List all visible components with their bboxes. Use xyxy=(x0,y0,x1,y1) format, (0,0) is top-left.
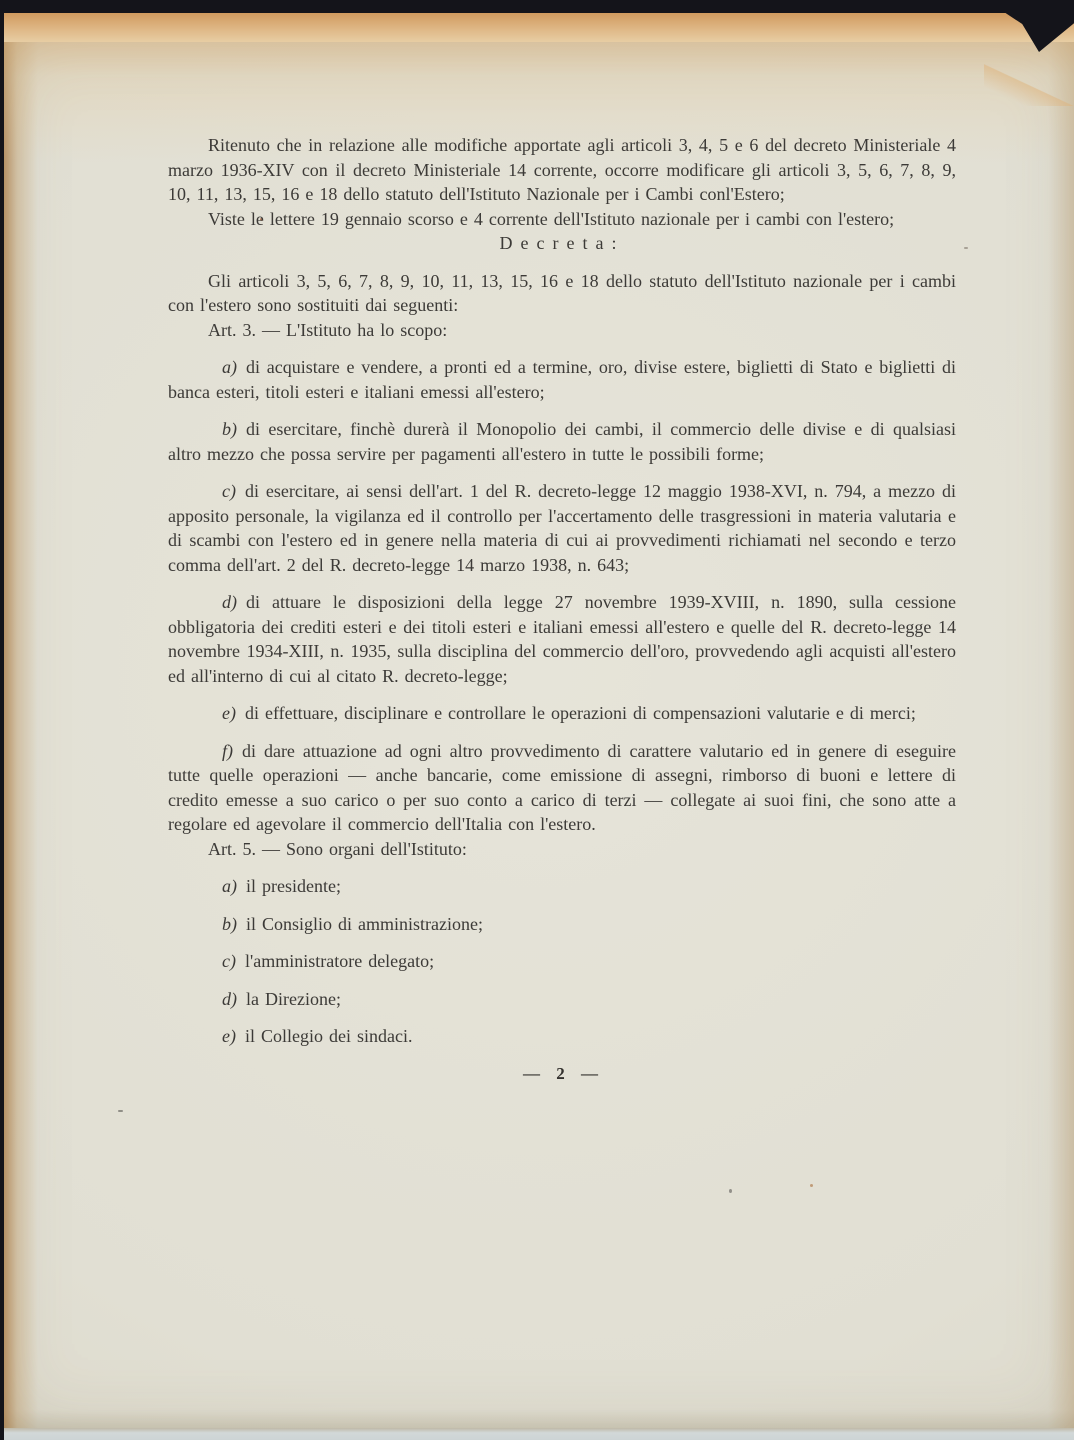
item-text: la Direzione; xyxy=(246,989,341,1009)
item-label: c) xyxy=(222,481,236,501)
page-content: Ritenuto che in relazione alle modifiche… xyxy=(168,133,956,1099)
scanned-document: Ritenuto che in relazione alle modifiche… xyxy=(0,0,1074,1440)
article-3-item-f: f)di dare attuazione ad ogni altro provv… xyxy=(168,739,956,837)
item-text: l'amministratore delegato; xyxy=(245,951,434,971)
article-5-item-c: c)l'amministratore delegato; xyxy=(168,949,956,974)
item-text: di esercitare, finchè durerà il Monopoli… xyxy=(168,419,956,464)
page-number: — 2 — xyxy=(168,1062,956,1087)
item-label: d) xyxy=(222,989,237,1009)
item-label: c) xyxy=(222,951,236,971)
paragraph-ritenuto: Ritenuto che in relazione alle modifiche… xyxy=(168,133,956,207)
item-text: di attuare le disposizioni della legge 2… xyxy=(168,592,956,686)
article-3-item-b: b)di esercitare, finchè durerà il Monopo… xyxy=(168,417,956,466)
article-3-item-a: a)di acquistare e vendere, a pronti ed a… xyxy=(168,355,956,404)
item-label: a) xyxy=(222,357,237,377)
page: Ritenuto che in relazione alle modifiche… xyxy=(4,42,1074,1428)
paragraph-viste: Viste le lettere 19 gennaio scorso e 4 c… xyxy=(168,207,956,232)
article-3-heading: Art. 3. — L'Istituto ha lo scopo: xyxy=(168,318,956,343)
article-5-item-a: a)il presidente; xyxy=(168,874,956,899)
article-3-item-e: e)di effettuare, disciplinare e controll… xyxy=(168,701,956,726)
article-5-heading: Art. 5. — Sono organi dell'Istituto: xyxy=(168,837,956,862)
item-label: e) xyxy=(222,1026,236,1046)
item-label: a) xyxy=(222,876,237,896)
corner-highlight xyxy=(984,54,1074,106)
item-text: di dare attuazione ad ogni altro provved… xyxy=(168,741,956,835)
article-5-item-e: e)il Collegio dei sindaci. xyxy=(168,1024,956,1049)
item-text: il presidente; xyxy=(246,876,341,896)
item-label: f) xyxy=(222,741,233,761)
item-label: b) xyxy=(222,419,237,439)
paper-speck xyxy=(964,247,968,249)
paragraph-intro: Gli articoli 3, 5, 6, 7, 8, 9, 10, 11, 1… xyxy=(168,269,956,318)
article-5-item-b: b)il Consiglio di amministrazione; xyxy=(168,912,956,937)
scan-background-top xyxy=(0,0,1074,13)
item-label: d) xyxy=(222,592,237,612)
paper-speck xyxy=(118,1110,123,1112)
article-3-item-c: c)di esercitare, ai sensi dell'art. 1 de… xyxy=(168,479,956,577)
decree-heading: Decreta: xyxy=(168,231,956,256)
under-page-bottom-edge xyxy=(4,1428,1074,1440)
item-text: il Consiglio di amministrazione; xyxy=(246,914,483,934)
article-3-item-d: d)di attuare le disposizioni della legge… xyxy=(168,590,956,688)
item-label: b) xyxy=(222,914,237,934)
item-label: e) xyxy=(222,703,236,723)
under-page-edge xyxy=(4,13,1074,43)
article-5-item-d: d)la Direzione; xyxy=(168,987,956,1012)
item-text: di esercitare, ai sensi dell'art. 1 del … xyxy=(168,481,956,575)
item-text: di effettuare, disciplinare e controllar… xyxy=(245,703,916,723)
item-text: il Collegio dei sindaci. xyxy=(245,1026,412,1046)
paper-speck xyxy=(729,1189,732,1193)
paper-speck xyxy=(810,1184,813,1187)
item-text: di acquistare e vendere, a pronti ed a t… xyxy=(168,357,956,402)
